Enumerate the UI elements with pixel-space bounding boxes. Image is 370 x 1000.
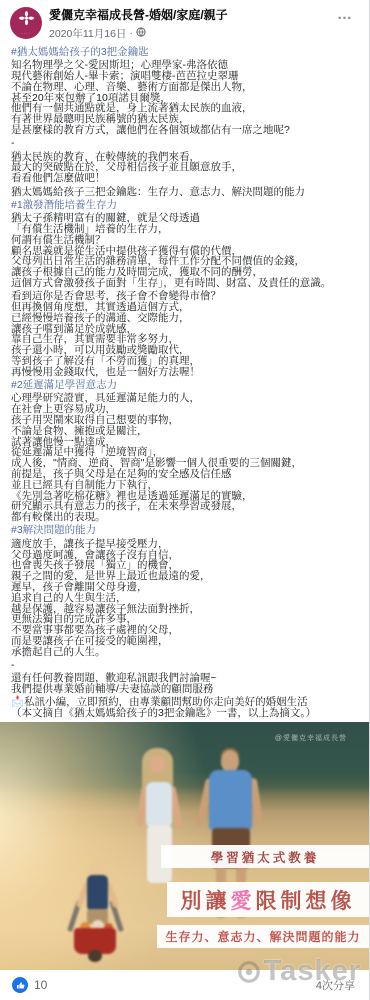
- post-photo[interactable]: @愛儷克幸福成長營 學習猶太式教養 別讓愛限制想像 生存力、意志力、解決問題的能…: [0, 722, 369, 970]
- facebook-post-card: ···· 愛儷克幸福成長營-婚姻/家庭/親子 2020年11月16日 · … #…: [0, 0, 370, 1000]
- post-paragraph: 📩私訊小編，立即預約，由專業顧問幫助你走向美好的婚姻生活 （本文摘自《猶太媽媽給…: [11, 697, 357, 719]
- photo-banner-top-text: 學習猶太式教養: [211, 848, 320, 866]
- flower-logo-icon: [18, 10, 35, 32]
- post-paragraph: -: [11, 138, 357, 149]
- post-paragraph: 適度放手，讓孩子提早接受壓力， 父母過度呵護，會讓孩子沒有自信， 也會喪失孩子發…: [11, 539, 357, 658]
- post-paragraph: 知名物理學之父-愛因斯坦；心理學家-弗洛依德 現代藝術創始人-畢卡索；演唱雙棲-…: [11, 60, 357, 136]
- avatar-caption: ····: [21, 32, 30, 36]
- date-separator: ·: [129, 27, 133, 39]
- post-paragraph: 猶太民族的教育，在較傳統的我們來看， 最大的突破點在於，父母相信孩子並且願意放手…: [11, 152, 357, 184]
- more-options-button[interactable]: …: [337, 10, 353, 20]
- post-paragraph: 看到這你是否會思考，孩子會不會變得市儈？ 但再換個角度想，其實透過這個方式， 已…: [11, 291, 357, 377]
- reactions-bar: 10 4次分享: [0, 970, 369, 1000]
- post-timestamp[interactable]: 2020年11月16日: [49, 26, 126, 41]
- page-name-link[interactable]: 愛儷克幸福成長營-婚姻/家庭/親子: [49, 8, 228, 22]
- photo-banner-main-text: 別讓愛限制想像: [181, 885, 356, 915]
- post-hashtag-link[interactable]: #猶太媽媽給孩子的3把金鑰匙: [11, 47, 357, 58]
- photo-banner-main: 別讓愛限制想像: [167, 882, 369, 917]
- photo-banner-bottom-text: 生存力、意志力、解決問題的能力: [165, 928, 360, 945]
- post-paragraph: -: [11, 660, 357, 671]
- like-count: 10: [34, 978, 47, 992]
- globe-privacy-icon: [136, 24, 146, 42]
- post-hashtag-link[interactable]: #2延遲滿足學習意志力: [11, 380, 357, 391]
- post-header: ···· 愛儷克幸福成長營-婚姻/家庭/親子 2020年11月16日 · …: [0, 0, 369, 44]
- photo-banner-bottom: 生存力、意志力、解決問題的能力: [157, 925, 369, 948]
- like-icon: [12, 977, 28, 993]
- post-text: #猶太媽媽給孩子的3把金鑰匙知名物理學之父-愛因斯坦；心理學家-弗洛依德 現代藝…: [0, 44, 369, 722]
- share-count[interactable]: 4次分享: [316, 977, 355, 993]
- post-hashtag-link[interactable]: #3解決問題的能力: [11, 525, 357, 536]
- post-hashtag-link[interactable]: #1激發潛能培養生存力: [11, 200, 357, 211]
- like-summary[interactable]: 10: [12, 977, 47, 993]
- post-paragraph: 心理學研究證實，具延遲滿足能力的人， 在社會上更容易成功， 孩子用哭鬧來取得自己…: [11, 393, 357, 523]
- photo-watermark: @愛儷克幸福成長營: [275, 733, 347, 743]
- post-paragraph: 猶太媽媽給孩子三把金鑰匙：生存力、意志力、解決問題的能力: [11, 187, 357, 198]
- post-paragraph: 還有任何教養問題，歡迎私訊跟我們討論喔~ 我們提供專業婚前輔導/夫妻協談的顧問服…: [11, 673, 357, 695]
- page-avatar[interactable]: ····: [10, 7, 42, 39]
- photo-banner-top: 學習猶太式教養: [161, 845, 369, 868]
- post-paragraph: 猶太子孫精明富有的關鍵，就是父母透過 「有償生活機制」培養的生存力， 何謂有償生…: [11, 213, 357, 289]
- highlighted-love-char: 愛: [231, 890, 256, 913]
